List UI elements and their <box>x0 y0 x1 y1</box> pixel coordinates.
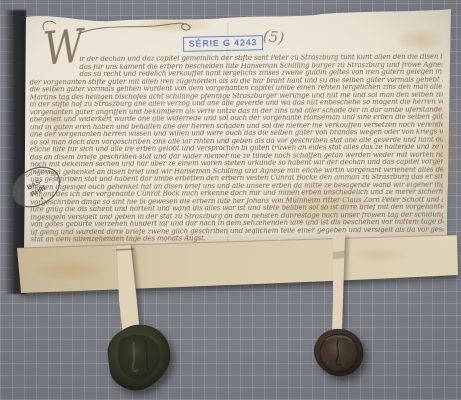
pencil-number: (5) <box>262 27 285 47</box>
pencil-date-note: 1416 Aug 17 <box>394 276 430 284</box>
tag-right-fold <box>333 251 345 259</box>
plica-slit-left <box>116 249 134 250</box>
series-stamp: SÉRIE G 4243 <box>183 35 263 52</box>
photo-of-charter: ARCHIVES DU DÉPARTEMENT ★ BAS- RHIN 1416… <box>0 0 461 400</box>
seal-tag-right <box>332 235 345 334</box>
plica-stain <box>350 247 410 263</box>
manuscript-text: ir der dechan und daz capitel gemeinlich… <box>29 54 443 244</box>
plica-stain <box>30 258 110 282</box>
